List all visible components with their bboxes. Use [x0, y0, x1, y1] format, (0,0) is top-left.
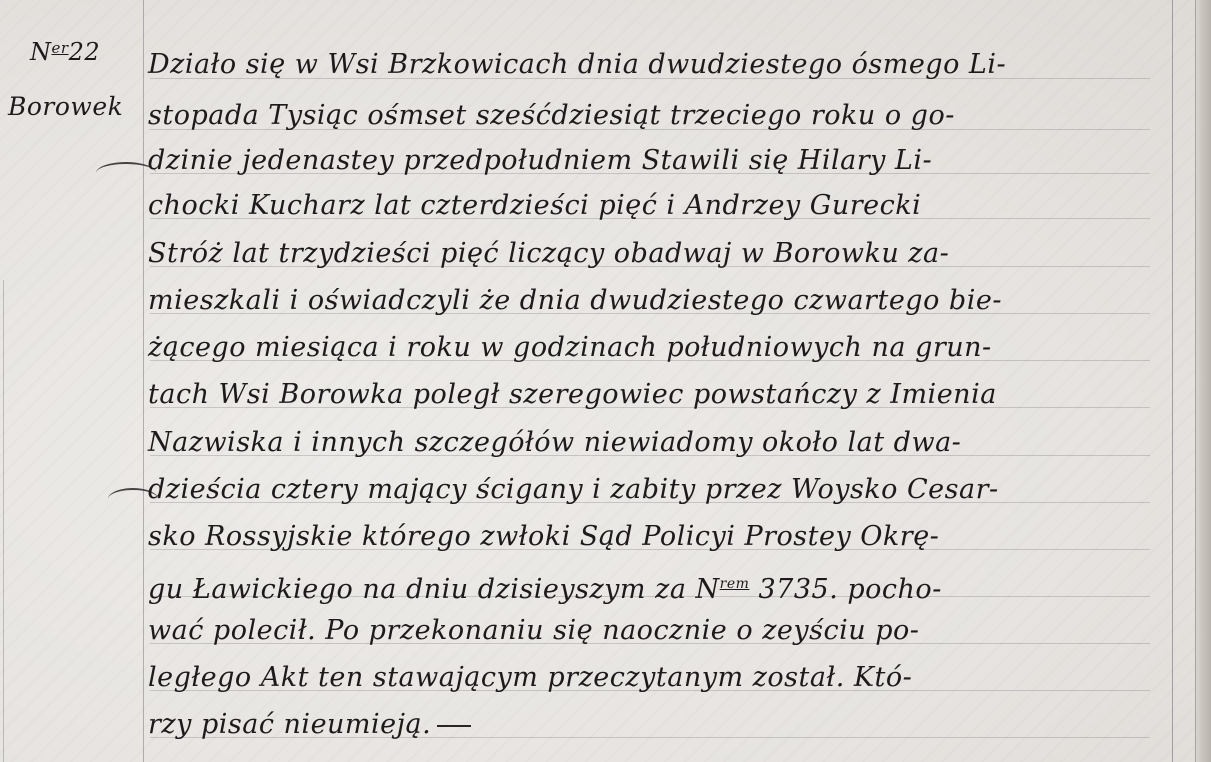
- record-line-15: rzy pisać nieumieją.: [148, 705, 471, 745]
- record-line-1: Działo się w Wsi Brzkowicach dnia dwudzi…: [148, 45, 1006, 85]
- right-margin-rule: [1172, 0, 1173, 762]
- outer-margin-rule: [3, 280, 4, 762]
- record-line-15-text: rzy pisać nieumieją.: [148, 709, 431, 740]
- record-line-7: żącego miesiąca i roku w godzinach połud…: [148, 328, 992, 368]
- flourish-swash: [96, 162, 156, 184]
- record-line-13: wać polecił. Po przekonaniu się naocznie…: [148, 611, 919, 651]
- margin-village-name: Borowek: [8, 92, 123, 121]
- number-abbrev-superscript: rem: [720, 576, 750, 592]
- record-line-5: Stróż lat trzydzieści pięć liczący obadw…: [148, 234, 949, 274]
- record-line-11: sko Rossyjskie którego zwłoki Sąd Policy…: [148, 517, 939, 557]
- record-line-6: mieszkali i oświadczyli że dnia dwudzies…: [148, 281, 1002, 321]
- entry-number-value: 22: [69, 38, 101, 66]
- record-line-12-text: gu Ławickiego na dniu dzisieyszym za N: [148, 574, 720, 605]
- document-page: Ner22 Borowek Działo się w Wsi Brzkowica…: [0, 0, 1211, 762]
- record-line-12: gu Ławickiego na dniu dzisieyszym za Nre…: [148, 564, 942, 610]
- record-line-8: tach Wsi Borowka poległ szeregowiec pows…: [148, 375, 997, 415]
- record-line-4: chocki Kucharz lat czterdzieści pięć i A…: [148, 186, 921, 226]
- record-line-2: stopada Tysiąc ośmset sześćdziesiąt trze…: [148, 96, 955, 136]
- entry-number-prefix: N: [30, 38, 52, 66]
- record-line-10: dzieścia cztery mający ścigany i zabity …: [148, 470, 999, 510]
- record-line-14: ległego Akt ten stawającym przeczytanym …: [148, 658, 912, 698]
- page-edge: [1195, 0, 1211, 762]
- record-line-3: dzinie jedenastey przedpołudniem Stawili…: [148, 141, 932, 181]
- closing-dash: [437, 725, 471, 727]
- entry-number-suffix: er: [52, 39, 69, 57]
- record-line-9: Nazwiska i innych szczegółów niewiadomy …: [148, 423, 961, 463]
- record-line-12-tail: 3735. pocho-: [749, 574, 941, 605]
- entry-number: Ner22: [30, 38, 100, 66]
- left-margin-rule: [143, 0, 144, 762]
